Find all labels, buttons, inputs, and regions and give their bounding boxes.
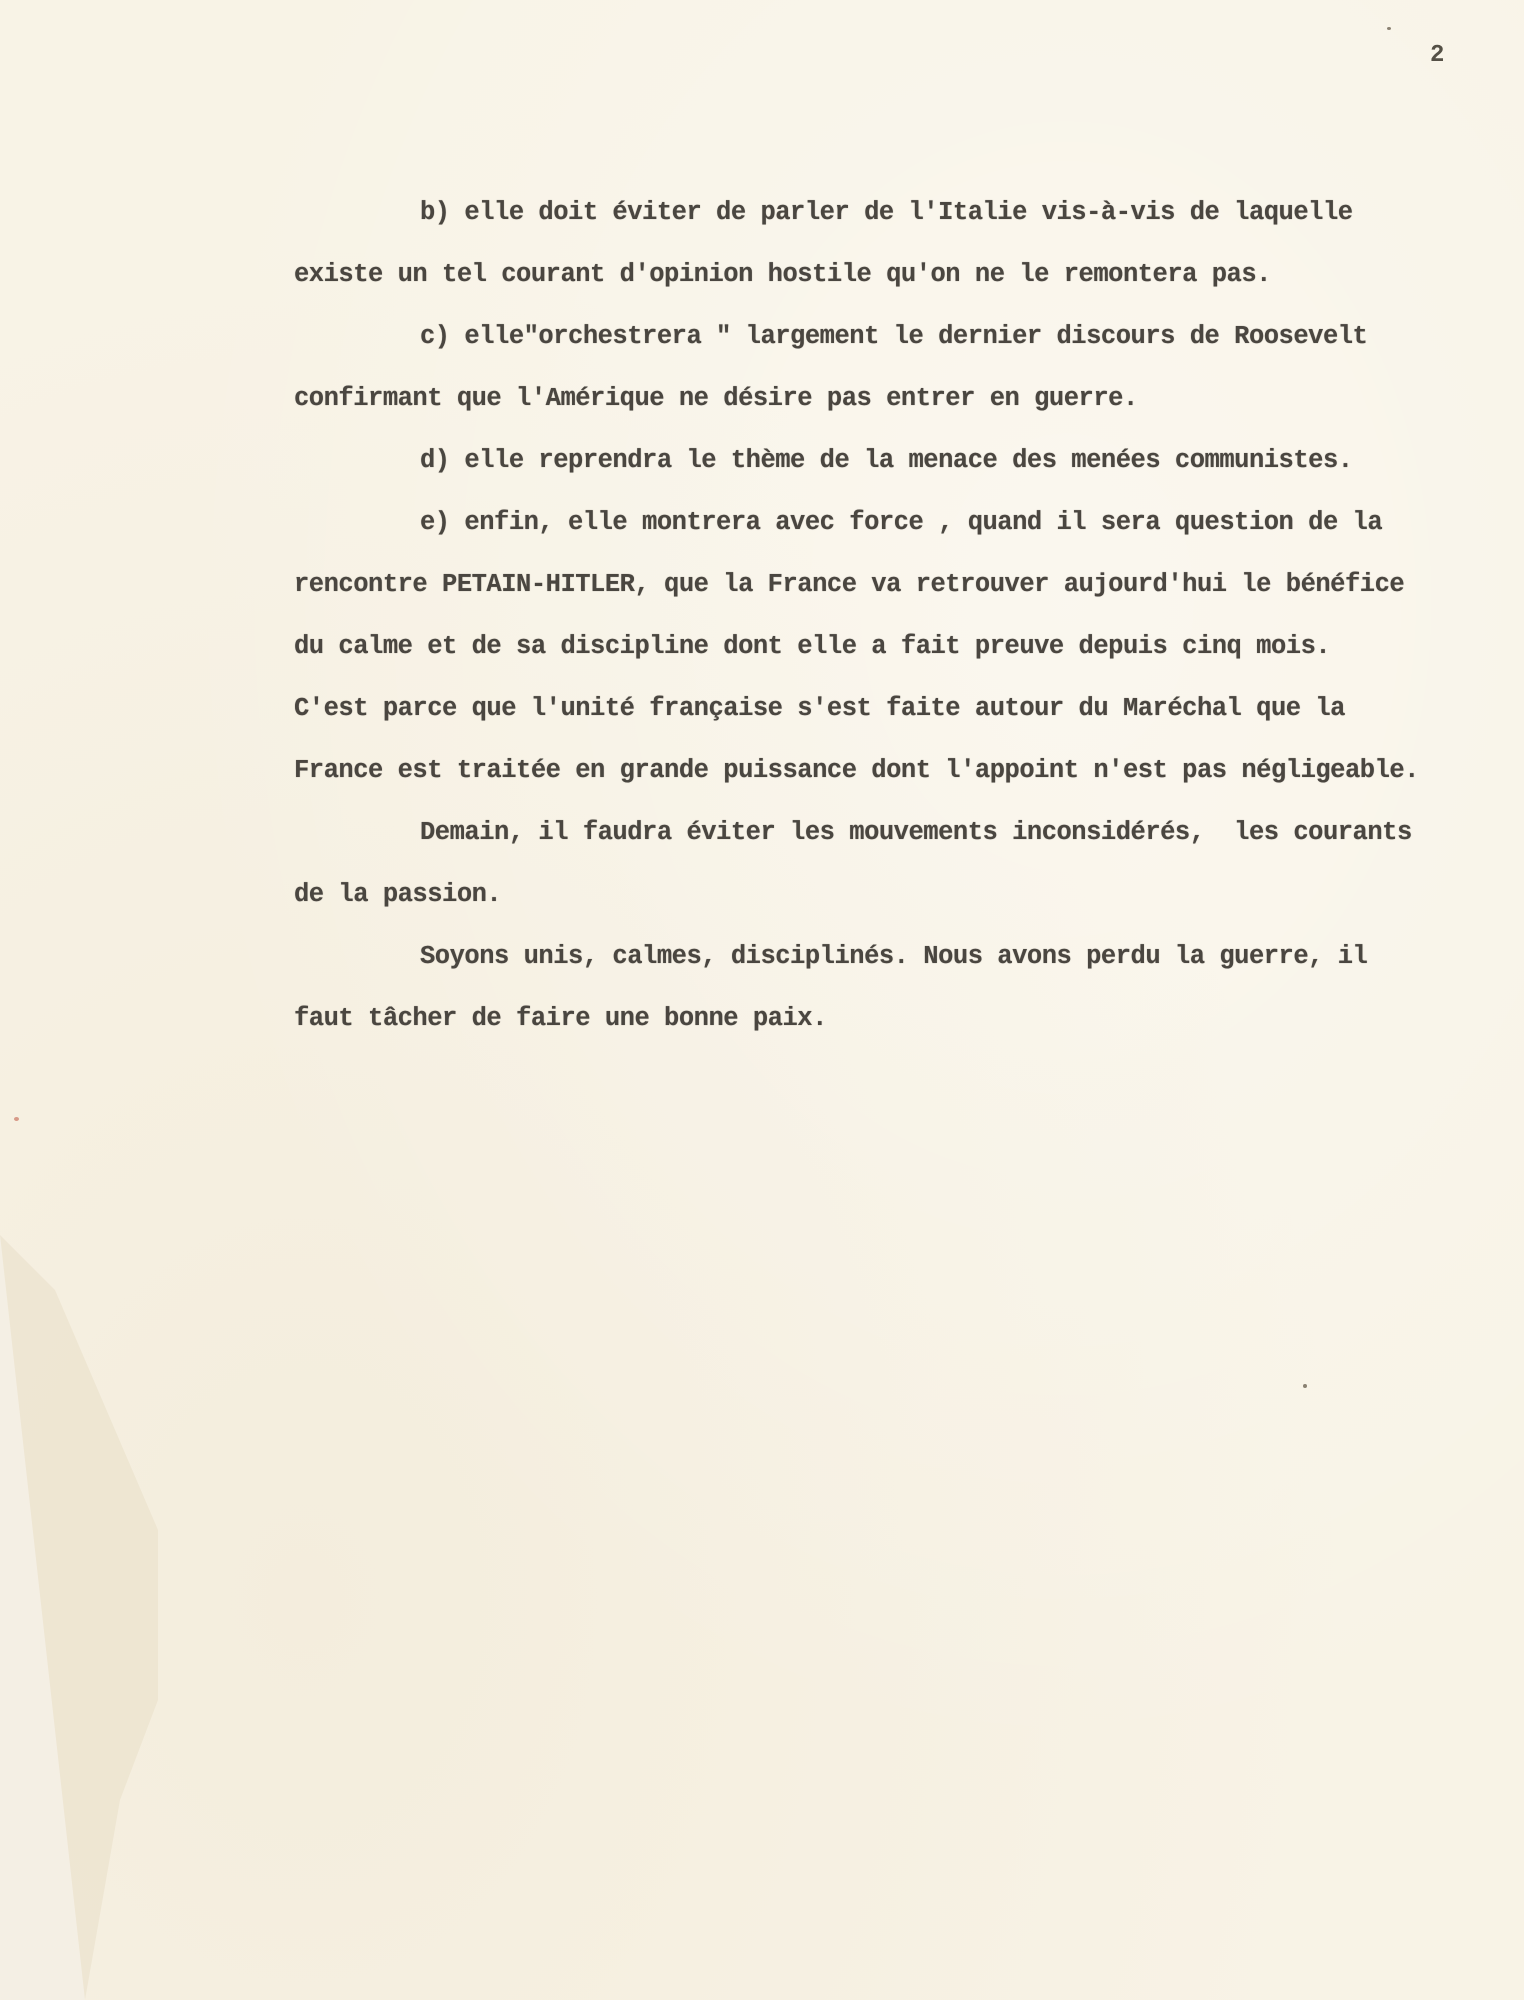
paragraph-demain-line-1: Demain, il faudra éviter les mouvements …: [294, 810, 1524, 872]
paragraph-demain-line-2: de la passion.: [294, 872, 1524, 934]
paper-speck: [14, 1117, 19, 1121]
typewritten-body: b) elle doit éviter de parler de l'Itali…: [294, 190, 1524, 1058]
paragraph-soyons-line-1: Soyons unis, calmes, disciplinés. Nous a…: [294, 934, 1524, 996]
paragraph-d-line-1: d) elle reprendra le thème de la menace …: [294, 438, 1524, 500]
paragraph-c-line-2: confirmant que l'Amérique ne désire pas …: [294, 376, 1524, 438]
paragraph-e-line-1: e) enfin, elle montrera avec force , qua…: [294, 500, 1524, 562]
paragraph-c-line-1: c) elle"orchestrera " largement le derni…: [294, 314, 1524, 376]
paper-speck: [1303, 1384, 1307, 1388]
paragraph-e-line-3: du calme et de sa discipline dont elle a…: [294, 624, 1524, 686]
paragraph-b-line-1: b) elle doit éviter de parler de l'Itali…: [294, 190, 1524, 252]
paragraph-e-line-4: C'est parce que l'unité française s'est …: [294, 686, 1524, 748]
paragraph-e-line-5: France est traitée en grande puissance d…: [294, 748, 1524, 810]
paper-speck: [1387, 27, 1391, 30]
paragraph-soyons-line-2: faut tâcher de faire une bonne paix.: [294, 996, 1524, 1058]
paragraph-e-line-2: rencontre PETAIN-HITLER, que la France v…: [294, 562, 1524, 624]
page-number: 2: [1430, 42, 1444, 69]
paragraph-b-line-2: existe un tel courant d'opinion hostile …: [294, 252, 1524, 314]
